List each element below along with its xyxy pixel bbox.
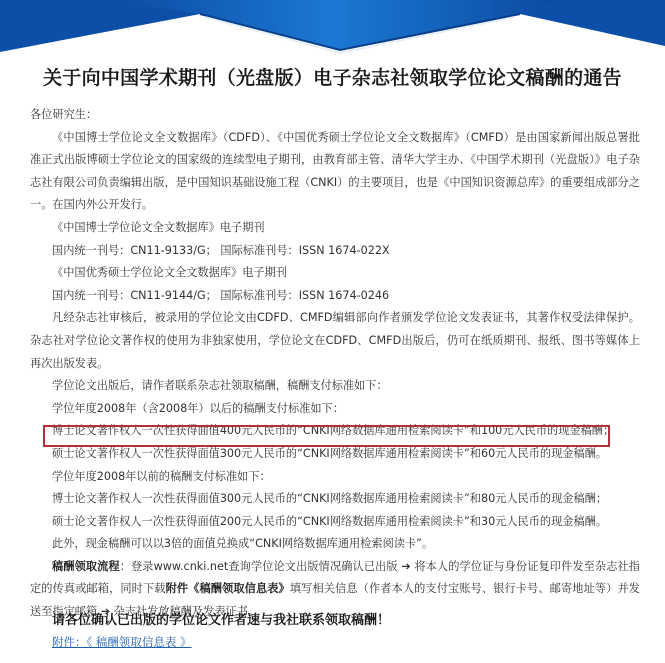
journal-ids-1: 国内统一刊号：CN11-9133/G； 国际标准刊号：ISSN 1674-022… bbox=[30, 240, 640, 263]
arrow-icon: ➔ bbox=[401, 560, 410, 573]
journal-ids-2: 国内统一刊号：CN11-9144/G； 国际标准刊号：ISSN 1674-024… bbox=[30, 285, 640, 308]
page-title: 关于向中国学术期刊（光盘版）电子杂志社领取学位论文稿酬的通告 bbox=[0, 63, 665, 90]
exchange-note: 此外，现金稿酬可以以3倍的面值兑换成“CNKI网络数据库通用检索阅读卡”。 bbox=[30, 533, 640, 556]
call-to-action: 请各位确认已出版的学位论文作者速与我社联系领取稿酬！ bbox=[52, 609, 390, 628]
header-banner bbox=[0, 0, 665, 62]
journal-name-1: 《中国博士学位论文全文数据库》电子期刊 bbox=[30, 217, 640, 240]
payment-intro: 学位论文出版后，请作者联系杂志社领取稿酬，稿酬支付标准如下： bbox=[30, 375, 640, 398]
journal-name-2: 《中国优秀硕士学位论文全文数据库》电子期刊 bbox=[30, 262, 640, 285]
copyright-paragraph: 凡经杂志社审核后，被录用的学位论文由CDFD、CMFD编辑部向作者颁发学位论文发… bbox=[30, 307, 640, 375]
process-label: 稿酬领取流程 bbox=[52, 560, 120, 573]
greeting: 各位研究生： bbox=[30, 104, 640, 127]
after-2008-heading: 学位年度2008年（含2008年）以后的稿酬支付标准如下： bbox=[30, 398, 640, 421]
intro-paragraph: 《中国博士学位论文全文数据库》（CDFD）、《中国优秀硕士学位论文全文数据库》（… bbox=[30, 127, 640, 217]
notice-body: 各位研究生： 《中国博士学位论文全文数据库》（CDFD）、《中国优秀硕士学位论文… bbox=[30, 104, 640, 624]
attachment-link[interactable]: 附件：《 稿酬领取信息表 》 bbox=[52, 634, 192, 650]
before-2008-heading: 学位年度2008年以前的稿酬支付标准如下： bbox=[30, 466, 640, 489]
highlight-box bbox=[43, 425, 610, 447]
before-2008-master: 硕士论文著作权人一次性获得面值200元人民币的“CNKI网络数据库通用检索阅读卡… bbox=[30, 511, 640, 534]
before-2008-phd: 博士论文著作权人一次性获得面值300元人民币的“CNKI网络数据库通用检索阅读卡… bbox=[30, 488, 640, 511]
